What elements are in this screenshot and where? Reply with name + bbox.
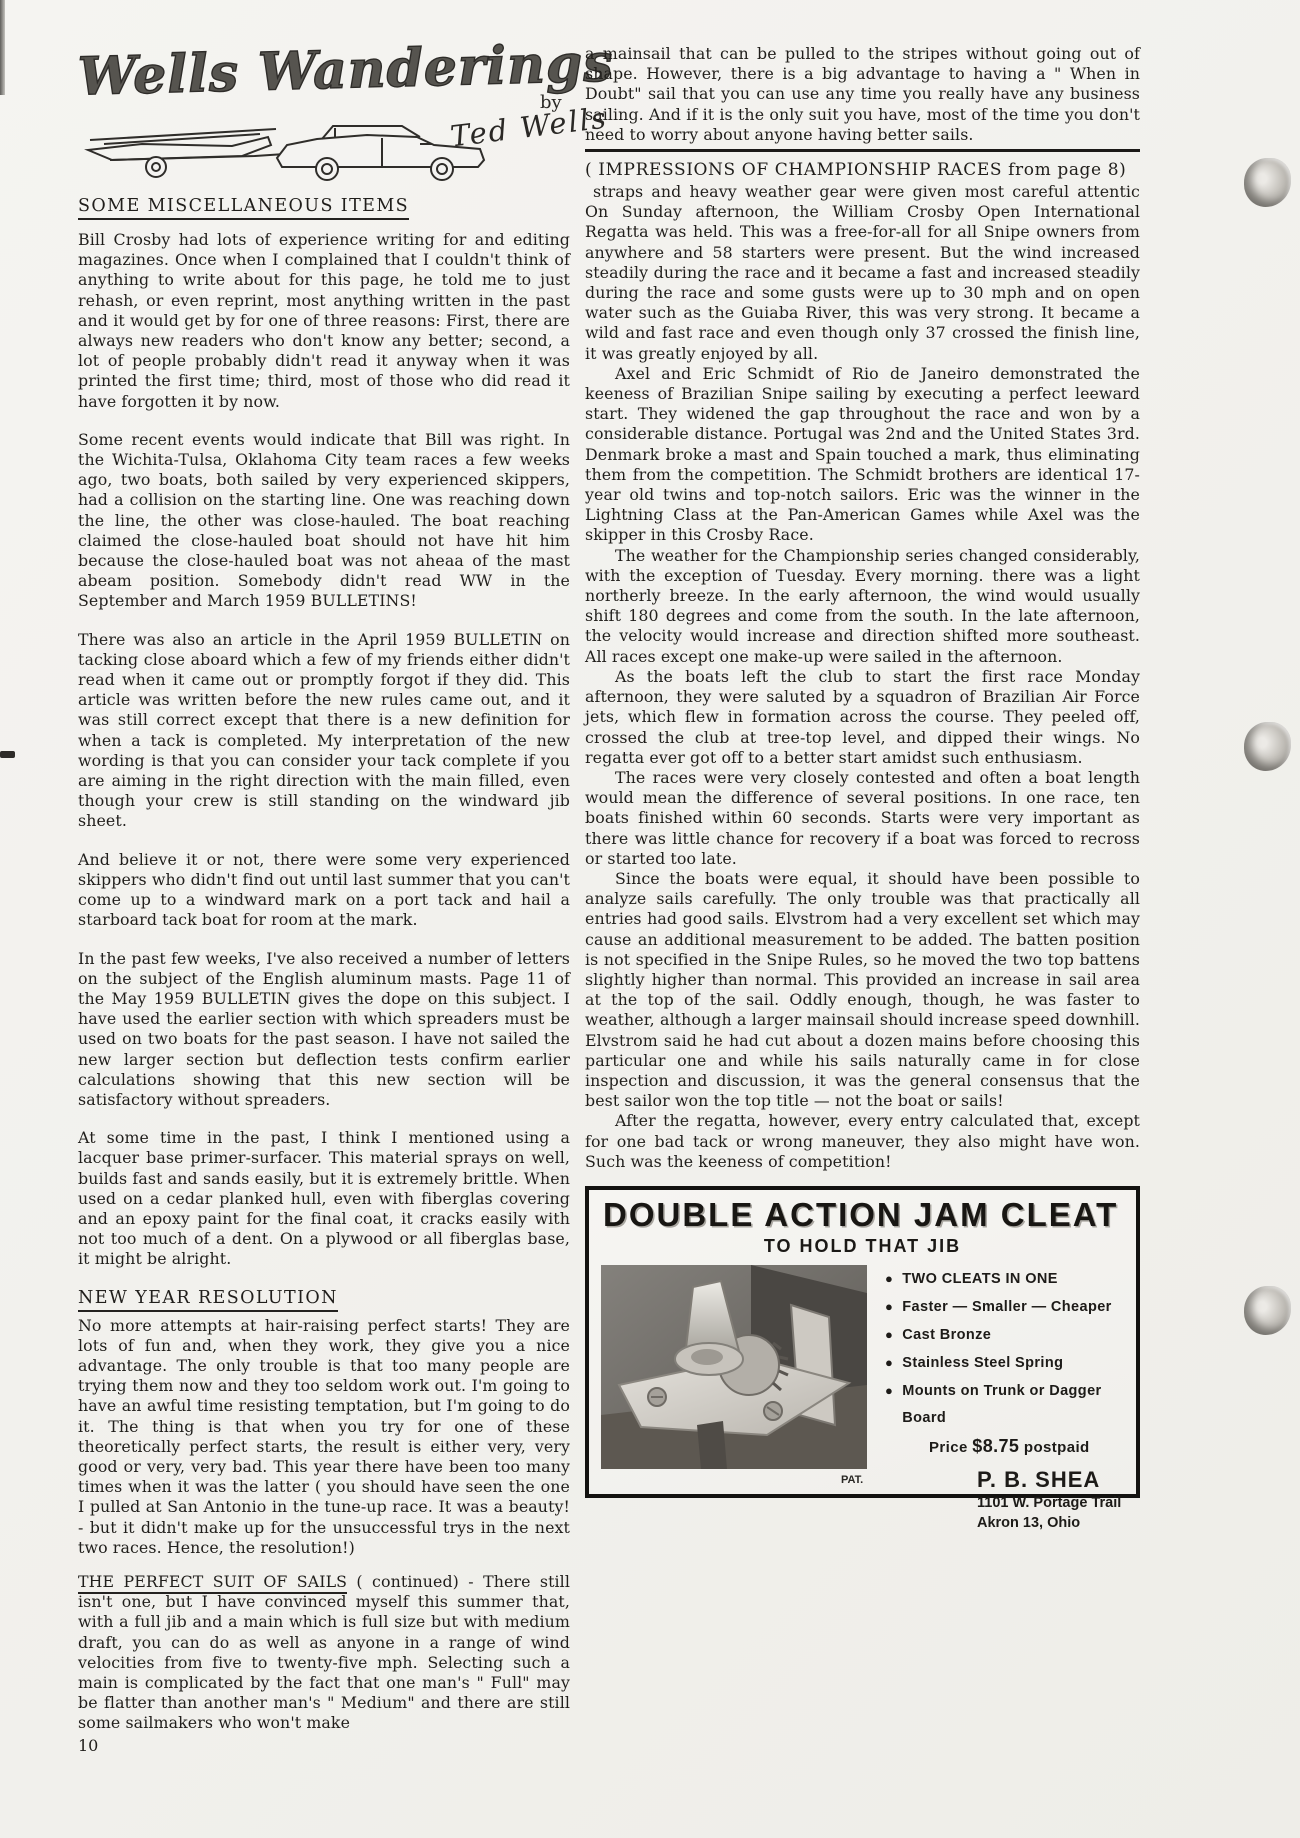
masthead-logo: Wells Wanderings [77,33,578,107]
paragraph: In the past few weeks, I've also receive… [78,949,570,1111]
paragraph: And believe it or not, there were some v… [78,850,570,931]
paragraph: Bill Crosby had lots of experience writi… [78,230,570,412]
paragraph: At some time in the past, I think I ment… [78,1128,570,1269]
bullet-item: ● Cast Bronze [885,1321,1126,1349]
section-heading-perfect-suit-of-sails: THE PERFECT SUIT OF SAILS [78,1572,347,1594]
ad-title: DOUBLE ACTION JAM CLEAT [589,1190,1136,1234]
bullet-icon: ● [885,1265,893,1292]
section-heading-impressions: ( IMPRESSIONS OF CHAMPIONSHIP RACES from… [585,160,1140,180]
bullet-label: Cast Bronze [902,1322,991,1349]
section-heading-miscellaneous: SOME MISCELLANEOUS ITEMS [78,196,570,220]
page-number: 10 [78,1736,570,1755]
paragraph: straps and heavy weather gear were given… [585,182,1140,364]
paragraph: After the regatta, however, every entry … [585,1111,1140,1172]
bullet-icon: ● [885,1321,893,1348]
ad-subtitle: TO HOLD THAT JIB [589,1236,1136,1257]
bullet-label: TWO CLEATS IN ONE [902,1266,1058,1293]
paragraph: The weather for the Championship series … [585,546,1140,667]
punch-hole [1244,158,1291,207]
paragraph: As the boats left the club to start the … [585,667,1140,768]
ad-copy: ● TWO CLEATS IN ONE ● Faster — Smaller —… [867,1265,1126,1533]
address-line: 1101 W. Portage Trail [977,1493,1126,1513]
bullet-icon: ● [885,1293,893,1320]
bullet-item: ● Stainless Steel Spring [885,1349,1126,1377]
patent-label: PAT. [841,1474,863,1486]
price-amount: $8.75 [972,1436,1019,1456]
paragraph: The races were very closely contested an… [585,768,1140,869]
price-suffix: postpaid [1024,1439,1090,1456]
newsletter-page: Wells Wanderings by Ted Wells [0,0,1300,1838]
paragraph: There was also an article in the April 1… [78,630,570,832]
paragraph-text: ( continued) - There still isn't one, bu… [78,1572,570,1732]
scan-edge-artifact [0,0,5,95]
paragraph: No more attempts at hair-raising perfect… [78,1316,570,1558]
bullet-label: Mounts on Trunk or Dagger Board [902,1378,1126,1432]
masthead: Wells Wanderings by Ted Wells [78,44,570,196]
scan-edge-mark [0,751,15,758]
horizontal-rule [585,149,1140,152]
ad-address: 1101 W. Portage Trail Akron 13, Ohio [977,1493,1126,1533]
bullet-item: ● Mounts on Trunk or Dagger Board [885,1377,1126,1432]
paragraph: THE PERFECT SUIT OF SAILS ( continued) -… [78,1572,570,1734]
bullet-item: ● Faster — Smaller — Cheaper [885,1293,1126,1321]
section-heading-new-year-resolution: NEW YEAR RESOLUTION [78,1288,570,1312]
car-towing-boat-illustration [80,114,510,186]
punch-hole [1244,1286,1291,1335]
paragraph: Since the boats were equal, it should ha… [585,869,1140,1111]
bullet-icon: ● [885,1349,893,1376]
right-column: a mainsail that can be pulled to the str… [585,44,1140,1498]
advertisement-jam-cleat: DOUBLE ACTION JAM CLEAT TO HOLD THAT JIB [585,1186,1140,1498]
address-line: Akron 13, Ohio [977,1513,1126,1533]
left-column: Wells Wanderings by Ted Wells [78,44,570,1755]
paragraph: a mainsail that can be pulled to the str… [585,44,1140,145]
paragraph: Axel and Eric Schmidt of Rio de Janeiro … [585,364,1140,546]
bullet-icon: ● [885,1377,893,1404]
ad-company: P. B. SHEA [977,1467,1126,1493]
price-label: Price [929,1439,968,1456]
ad-price: Price $8.75 postpaid [929,1436,1126,1457]
punch-hole [1244,722,1291,771]
bullet-label: Stainless Steel Spring [902,1350,1063,1377]
jam-cleat-photo [601,1265,867,1469]
bullet-label: Faster — Smaller — Cheaper [902,1294,1111,1321]
bullet-item: ● TWO CLEATS IN ONE [885,1265,1126,1293]
paragraph: Some recent events would indicate that B… [78,430,570,612]
